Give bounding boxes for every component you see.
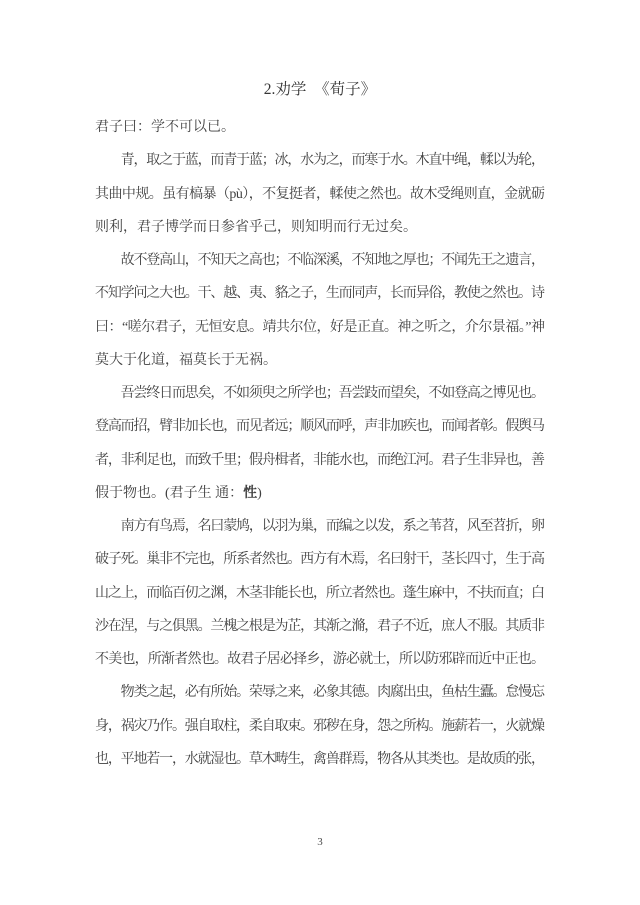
text-line: 故不登高山，不知天之高也；不临深溪，不知地之厚也；不闻先王之遗言，	[95, 244, 545, 277]
text-line: 山之上，而临百仞之渊，木茎非能长也，所立者然也。蓬生麻中，不扶而直；白	[95, 577, 545, 610]
paragraph: 君子曰：学不可以已。	[95, 111, 545, 144]
text-line: 沙在涅，与之俱黑。兰槐之根是为芷，其渐之滫，君子不近，庶人不服。其质非	[95, 610, 545, 643]
text-line: 破子死。巢非不完也，所系者然也。西方有木焉，名曰射干，茎长四寸，生于高	[95, 543, 545, 576]
text-line: 不美也，所渐者然也。故君子居必择乡，游必就士，所以防邪辟而近中正也。	[95, 643, 545, 676]
text-line: 者，非利足也，而致千里；假舟楫者，非能水也，而绝江河。君子生非异也，善	[95, 444, 545, 477]
text-line: 南方有鸟焉，名曰蒙鸠，以羽为巢，而编之以发，系之苇苕，风至苕折，卵	[95, 510, 545, 543]
paragraph: 物类之起，必有所始。荣辱之来，必象其德。肉腐出虫，鱼枯生蠹。怠慢忘身，祸灾乃作。…	[95, 676, 545, 776]
text-line: 登高而招，臂非加长也，而见者远；顺风而呼，声非加疾也，而闻者彰。假舆马	[95, 410, 545, 443]
text-line: 曰：“嗟尔君子，无恒安息。靖共尔位，好是正直。神之听之，介尔景福。”神	[95, 311, 545, 344]
paragraph: 青，取之于蓝，而青于蓝；冰，水为之，而寒于水。木直中绳，輮以为轮，其曲中规。虽有…	[95, 144, 545, 244]
text-line: 其曲中规。虽有槁暴（pù），不复挺者，輮使之然也。故木受绳则直，金就砺	[95, 178, 545, 211]
paragraph: 吾尝终日而思矣，不如须臾之所学也；吾尝跂而望矣，不如登高之博见也。登高而招，臂非…	[95, 377, 545, 510]
text-run: 假于物也。(君子生 通：	[95, 486, 243, 501]
document-body: 君子曰：学不可以已。 青，取之于蓝，而青于蓝；冰，水为之，而寒于水。木直中绳，輮…	[95, 111, 545, 776]
page-number: 3	[95, 834, 545, 850]
text-line: 青，取之于蓝，而青于蓝；冰，水为之，而寒于水。木直中绳，輮以为轮，	[95, 144, 545, 177]
text-line: 身，祸灾乃作。强自取柱，柔自取束。邪秽在身，怨之所构。施薪若一，火就燥	[95, 710, 545, 743]
bold-annotation: 性	[243, 486, 257, 501]
text-line: 吾尝终日而思矣，不如须臾之所学也；吾尝跂而望矣，不如登高之博见也。	[95, 377, 545, 410]
text-line: 莫大于化道，福莫长于无祸。	[95, 344, 545, 377]
text-line: 假于物也。(君子生 通：性)	[95, 477, 545, 510]
text-line: 物类之起，必有所始。荣辱之来，必象其德。肉腐出虫，鱼枯生蠹。怠慢忘	[95, 676, 545, 709]
text-line: 则利，君子博学而日参省乎己，则知明而行无过矣。	[95, 211, 545, 244]
page-title: 2.劝学 《荀子》	[95, 75, 545, 105]
text-line: 也，平地若一，水就湿也。草木畴生，禽兽群焉，物各从其类也。是故质的张，	[95, 743, 545, 776]
paragraph: 南方有鸟焉，名曰蒙鸠，以羽为巢，而编之以发，系之苇苕，风至苕折，卵破子死。巢非不…	[95, 510, 545, 676]
paragraph: 故不登高山，不知天之高也；不临深溪，不知地之厚也；不闻先王之遗言，不知学问之大也…	[95, 244, 545, 377]
text-line: 君子曰：学不可以已。	[95, 111, 545, 144]
text-run: )	[257, 486, 262, 501]
document-page: 2.劝学 《荀子》 君子曰：学不可以已。 青，取之于蓝，而青于蓝；冰，水为之，而…	[0, 0, 640, 905]
text-line: 不知学问之大也。干、越、夷、貉之子，生而同声，长而异俗，教使之然也。诗	[95, 277, 545, 310]
